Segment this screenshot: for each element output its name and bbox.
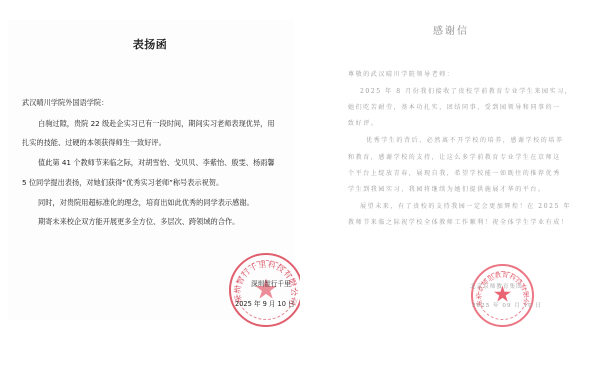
- letter-paragraph-line: 扎实的技能、过硬的本领获得师生一致好评。: [22, 138, 166, 148]
- letter-paragraph-line: 优秀学生的背后，必然离不开学校的培养，感谢学校的培养: [366, 135, 564, 144]
- letter-paragraph-line: 教师节来临之际祝学校全体教师工作顺利！祝全体学生学业有成！: [348, 217, 568, 226]
- letter-paragraph-line: 2025 年 8 月份我们接收了贵校学前教育专业学生来园实习，: [360, 86, 572, 95]
- commendation-letter-page: 表扬函 武汉晴川学院外国语学院： 白驹过隙，贵院 22 级赴企实习已有一段时间，…: [0, 0, 300, 387]
- thank-you-letter-page: 感谢信 尊敬的武汉晴川学院领导老师： 2025 年 8 月份我们接收了贵校学前教…: [300, 0, 602, 387]
- letter-paragraph-line: 展望未来，有了贵校的支持我园一定会更加辉煌！在 2025 年: [360, 201, 571, 210]
- letter-date: 2025 年 09 月 10 日: [472, 301, 542, 309]
- letter-paragraph-line: 学生到我园实习，我园将继续为她们提供施展才华的平台。: [348, 184, 546, 193]
- letter-paragraph-line: 值此第 41 个教师节来临之际，对胡雪怡、戈贝贝、李紫怡、殷雯、杨雨馨: [38, 158, 275, 168]
- letter-signer: 深圳智行千里: [251, 278, 291, 288]
- letter-title: 表扬函: [0, 36, 300, 52]
- letter-title: 感谢信: [300, 22, 602, 37]
- letter-date: 2025 年 9 月 10 日: [235, 298, 295, 308]
- letter-salutation: 武汉晴川学院外国语学院：: [22, 98, 108, 108]
- letter-paragraph-line: 5 位同学提出表扬，对她们获得“优秀实习老师”称号表示祝贺。: [22, 178, 223, 188]
- letter-paragraph-line: 她们吃苦耐劳，基本功扎实，团结同事，受到园领导和同事的一: [348, 102, 561, 111]
- letter-paragraph-line: 期寄未来校企双方能开展更多全方位、多层次、跨领域的合作。: [38, 217, 239, 227]
- letter-signer: 北京京师教育集团: [470, 282, 523, 290]
- letter-paragraph-line: 同时，对贵院用超标准化的理念，培育出如此优秀的同学表示感谢。: [38, 198, 254, 208]
- letter-salutation: 尊敬的武汉晴川学院领导老师：: [348, 69, 454, 78]
- company-seal: 北京京师思教育科技有限公司 ★: [471, 264, 534, 327]
- letter-paragraph-line: 白驹过隙，贵院 22 级赴企实习已有一段时间，期间实习老师表现优异，用: [38, 119, 275, 129]
- letter-paragraph-line: 和教育，感谢学校的支持，让这么多学前教育专业学生在京师这: [348, 152, 561, 161]
- letter-paragraph-line: 个平台上绽放青春，展现自我，希望学校能一如既往的推荐优秀: [348, 168, 561, 177]
- letter-paragraph-line: 致好评。: [348, 118, 378, 127]
- company-seal: 深圳智行千里科技有限公司 ★: [229, 253, 303, 327]
